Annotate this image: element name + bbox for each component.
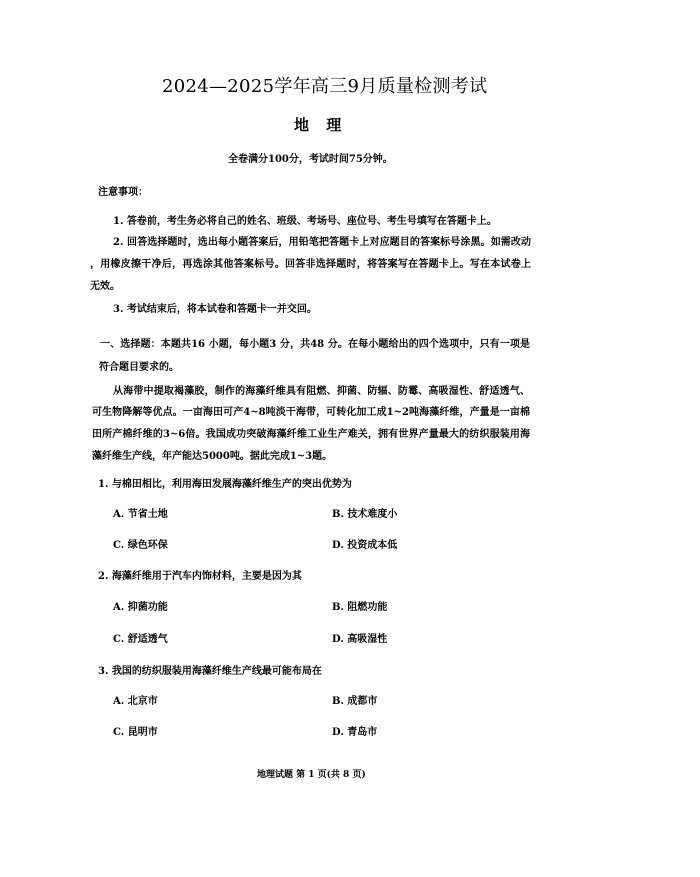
passage-line-3: 田所产棉纤维的3~6倍。我国成功突破海藻纤维工业生产难关，拥有世界产量最大的纺织…	[92, 428, 530, 442]
option-d: D. 青岛市	[332, 726, 377, 740]
note-line-3: 3. 考试结束后，将本试卷和答题卡一并交回。	[113, 303, 317, 317]
passage-line-2: 可生物降解等优点。一亩海田可产4~8吨淡干海带，可转化加工成1~2吨海藻纤维，产…	[92, 406, 530, 420]
note-line-2: 2. 回答选择题时，选出每小题答案后，用铅笔把答题卡上对应题目的答案标号涂黑。如…	[113, 236, 531, 250]
note-line-2-cont: ，用橡皮擦干净后，再选涂其他答案标号。回答非选择题时，将答案写在答题卡上。写在本…	[90, 258, 531, 272]
option-b: B. 技术难度小	[332, 508, 397, 522]
question-stem: 1. 与棉田相比，利用海田发展海藻纤维生产的突出优势为	[98, 478, 352, 492]
exam-title: 2024—2025学年高三9月质量检测考试	[162, 76, 487, 98]
subject-title: 地 理	[294, 115, 347, 135]
section-heading: 一、选择题：本题共16 小题，每小题3 分，共48 分。在每小题给出的四个选项中…	[100, 338, 530, 352]
option-d: D. 高吸湿性	[332, 633, 387, 647]
passage-line-4: 藻纤维生产线，年产能达5000吨。据此完成1~3题。	[92, 450, 332, 464]
option-c: C. 绿色环保	[113, 539, 168, 553]
option-c: C. 昆明市	[113, 726, 158, 740]
option-a: A. 北京市	[113, 695, 158, 709]
page-footer: 地理试题 第 1 页(共 8 页)	[257, 768, 366, 782]
exam-info: 全卷满分100分，考试时间75分钟。	[228, 153, 393, 167]
option-b: B. 成都市	[332, 695, 377, 709]
section-heading-cont: 符合题目要求的。	[99, 361, 179, 375]
notes-heading: 注意事项：	[98, 186, 148, 200]
question-stem: 3. 我国的纺织服装用海藻纤维生产线最可能布局在	[98, 665, 322, 679]
note-line-1: 1. 答卷前，考生务必将自己的姓名、班级、考场号、座位号、考生号填写在答题卡上。	[113, 215, 497, 229]
option-b: B. 阻燃功能	[332, 601, 387, 615]
option-d: D. 投资成本低	[332, 539, 397, 553]
note-line-2-end: 无效。	[90, 280, 120, 294]
passage-line-1: 从海带中提取褐藻胶，制作的海藻纤维具有阻燃、抑菌、防辐、防霉、高吸湿性、舒适透气…	[113, 385, 530, 399]
question-stem: 2. 海藻纤维用于汽车内饰材料，主要是因为其	[98, 570, 302, 584]
option-a: A. 抑菌功能	[113, 601, 168, 615]
option-a: A. 节省土地	[113, 508, 168, 522]
option-c: C. 舒适透气	[113, 633, 168, 647]
